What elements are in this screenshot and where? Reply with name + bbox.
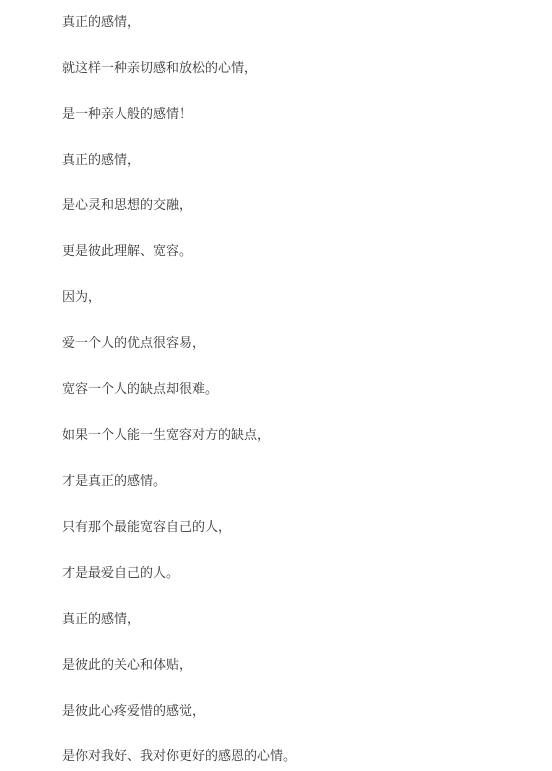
paragraph-line-12: 只有那个最能宽容自己的人，: [62, 518, 231, 538]
paragraph-line-1: 真正的感情，: [62, 13, 140, 33]
paragraph-line-7: 因为，: [62, 288, 101, 308]
paragraph-line-3: 是一种亲人般的感情！: [62, 105, 192, 125]
paragraph-line-11: 才是真正的感情。: [62, 472, 166, 492]
paragraph-line-10: 如果一个人能一生宽容对方的缺点，: [62, 426, 270, 446]
paragraph-line-17: 是你对我好、我对你更好的感恩的心情。: [62, 747, 296, 767]
paragraph-line-14: 真正的感情，: [62, 610, 140, 630]
paragraph-line-13: 才是最爱自己的人。: [62, 564, 179, 584]
paragraph-line-2: 就这样一种亲切感和放松的心情，: [62, 59, 257, 79]
paragraph-line-6: 更是彼此理解、宽容。: [62, 242, 192, 262]
paragraph-line-4: 真正的感情，: [62, 151, 140, 171]
paragraph-line-9: 宽容一个人的缺点却很难。: [62, 380, 218, 400]
paragraph-line-5: 是心灵和思想的交融，: [62, 196, 192, 216]
paragraph-line-16: 是彼此心疼爱惜的感觉，: [62, 702, 205, 722]
paragraph-line-8: 爱一个人的优点很容易，: [62, 334, 205, 354]
paragraph-line-15: 是彼此的关心和体贴，: [62, 656, 192, 676]
